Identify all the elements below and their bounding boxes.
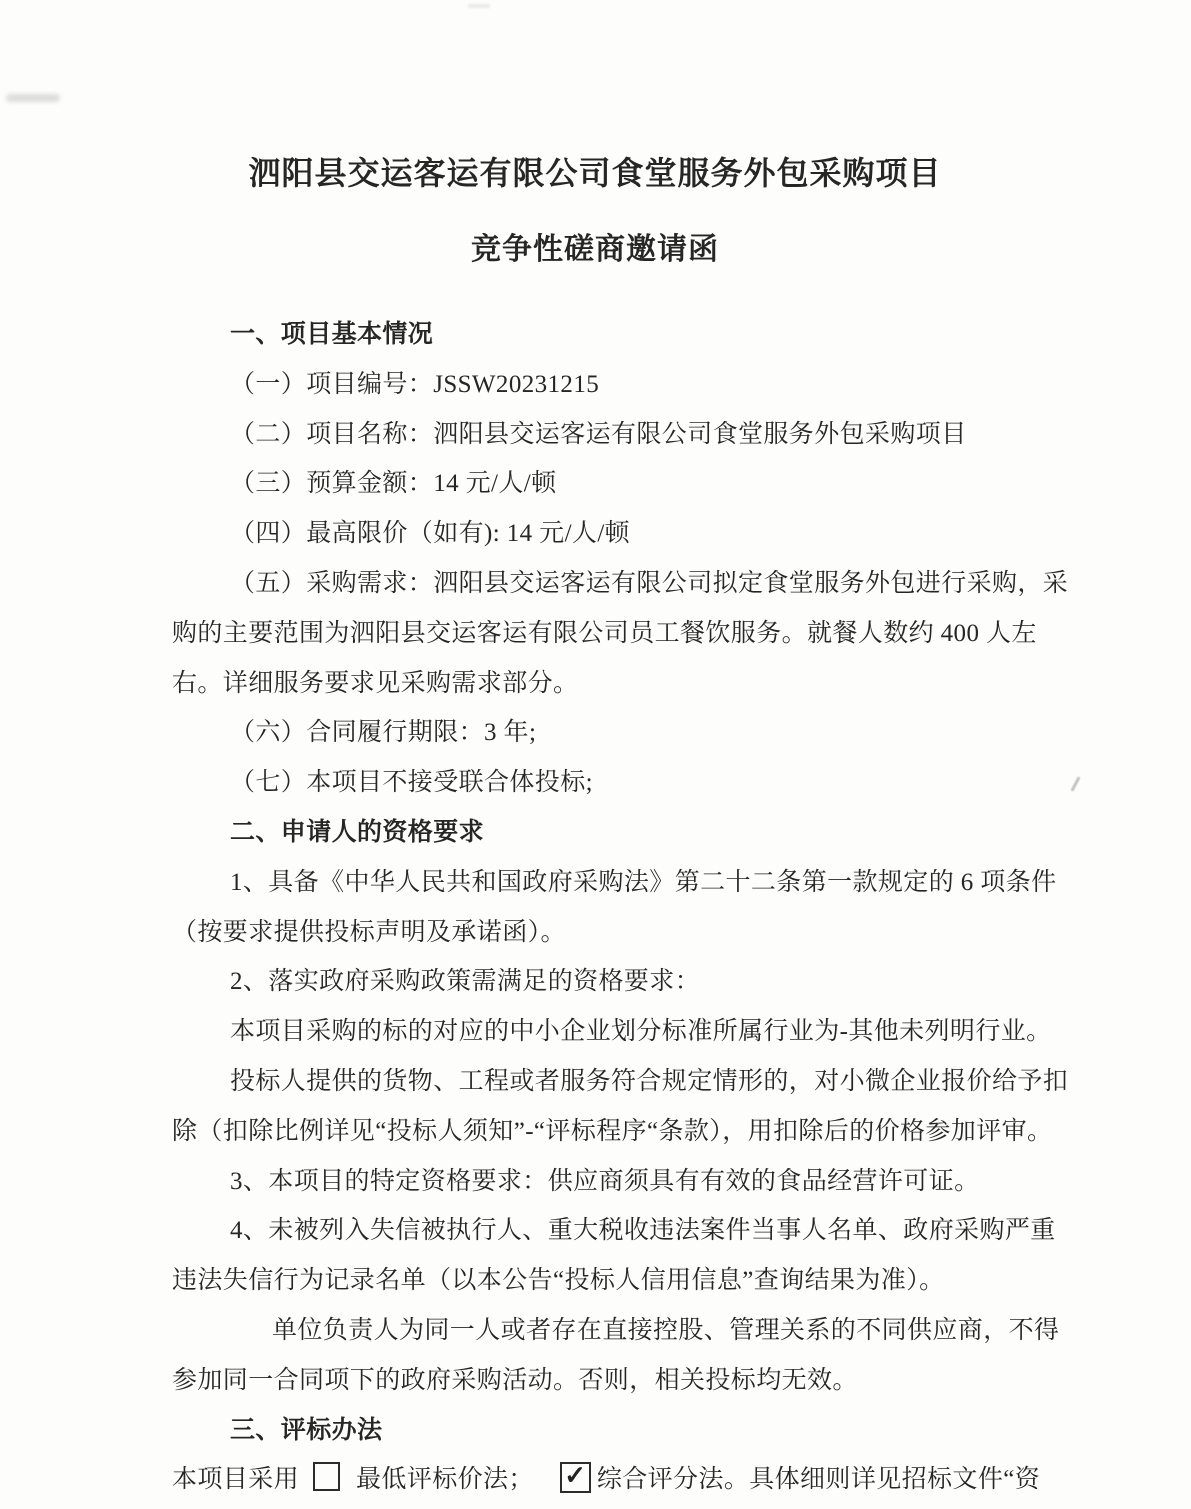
document-line: 单位负责人为同一人或者存在直接控股、管理关系的不同供应商，不得 — [172, 1306, 1018, 1356]
document-line: （一）项目编号：JSSW20231215 — [172, 360, 1018, 410]
document-line: （按要求提供投标声明及承诺函）。 — [172, 908, 1018, 958]
document-line: 违法失信行为记录名单（以本公告“投标人信用信息”查询结果为准）。 — [172, 1256, 1018, 1306]
checkbox-comprehensive-scoring-method[interactable]: ✓ — [560, 1462, 591, 1493]
document-line: 购的主要范围为泗阳县交运客运有限公司员工餐饮服务。就餐人数约 400 人左 — [172, 609, 1018, 659]
method-option-lowest-price-label: 最低评标价法； — [356, 1466, 534, 1493]
evaluation-method-line: 本项目采用✓最低评标价法；✓综合评分法。具体细则详见招标文件“资 — [172, 1455, 1018, 1505]
document-title: 泗阳县交运客运有限公司食堂服务外包采购项目 — [172, 152, 1018, 194]
document-line: （五）采购需求：泗阳县交运客运有限公司拟定食堂服务外包进行采购，采 — [172, 559, 1018, 609]
method-option-comprehensive-label: 综合评分法。具体细则详见招标文件“资 — [597, 1466, 1040, 1493]
document-content: 泗阳县交运客运有限公司食堂服务外包采购项目 竞争性磋商邀请函 一、项目基本情况（… — [172, 0, 1018, 1505]
document-line: 投标人提供的货物、工程或者服务符合规定情形的，对小微企业报价给予扣 — [172, 1057, 1018, 1107]
document-line: 右。详细服务要求见采购需求部分。 — [172, 659, 1018, 709]
method-prefix: 本项目采用 — [172, 1466, 299, 1493]
document-line: （七）本项目不接受联合体投标; — [172, 758, 1018, 808]
document-line: 本项目采购的标的对应的中小企业划分标准所属行业为-其他未列明行业。 — [172, 1007, 1018, 1057]
document-subtitle: 竞争性磋商邀请函 — [172, 230, 1018, 270]
document-line: （二）项目名称：泗阳县交运客运有限公司食堂服务外包采购项目 — [172, 410, 1018, 460]
scan-artifact-tick — [1070, 776, 1080, 792]
scan-artifact-smudge — [6, 94, 60, 102]
document-line: 1、具备《中华人民共和国政府采购法》第二十二条第一款规定的 6 项条件 — [172, 858, 1018, 908]
checkbox-lowest-price-method[interactable]: ✓ — [313, 1462, 340, 1491]
document-body: 一、项目基本情况（一）项目编号：JSSW20231215（二）项目名称：泗阳县交… — [172, 310, 1018, 1455]
check-mark-icon: ✓ — [562, 1462, 589, 1489]
document-line: （三）预算金额：14 元/人/顿 — [172, 459, 1018, 509]
document-line: 参加同一合同项下的政府采购活动。否则，相关投标均无效。 — [172, 1356, 1018, 1406]
document-line: 2、落实政府采购政策需满足的资格要求： — [172, 957, 1018, 1007]
document-line: （六）合同履行期限：3 年; — [172, 708, 1018, 758]
document-line: 除（扣除比例详见“投标人须知”-“评标程序“条款），用扣除后的价格参加评审。 — [172, 1107, 1018, 1157]
section-heading: 二、申请人的资格要求 — [172, 808, 1018, 858]
section-heading: 三、评标办法 — [172, 1406, 1018, 1456]
document-line: 3、本项目的特定资格要求：供应商须具有有效的食品经营许可证。 — [172, 1157, 1018, 1207]
scanned-document-page: { "page": { "background": "#fdfdfc", "te… — [0, 0, 1191, 1509]
document-line: （四）最高限价（如有): 14 元/人/顿 — [172, 509, 1018, 559]
document-line: 4、未被列入失信被执行人、重大税收违法案件当事人名单、政府采购严重 — [172, 1206, 1018, 1256]
section-heading: 一、项目基本情况 — [172, 310, 1018, 360]
